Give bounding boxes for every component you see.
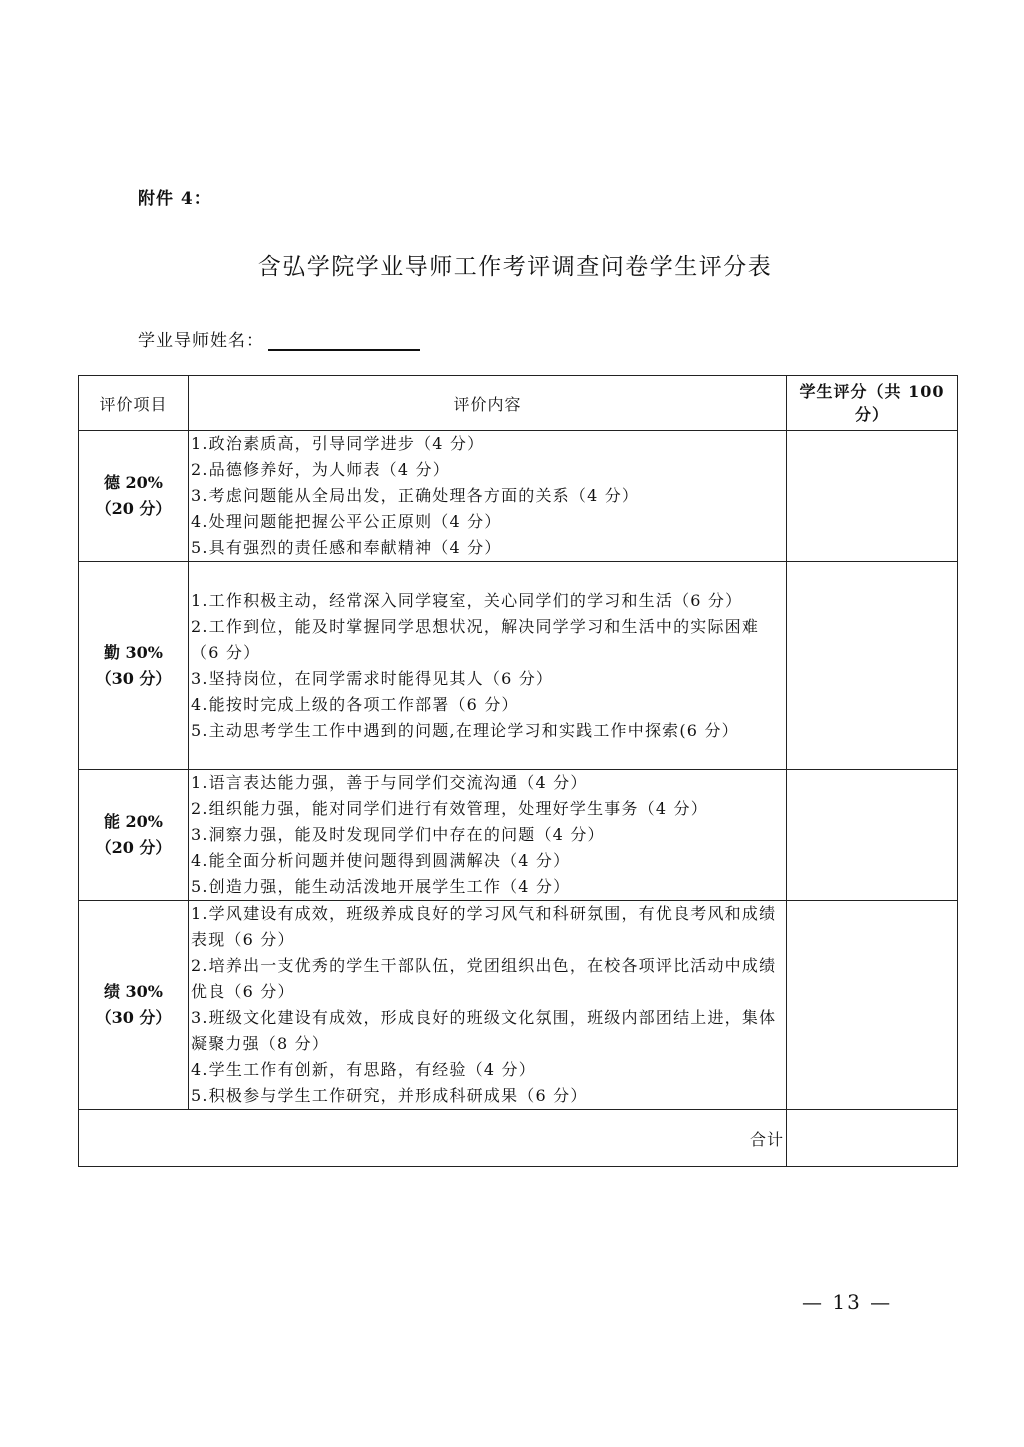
table-row: 勤 30% （30 分） 1.工作积极主动，经常深入同学寝室，关心同学们的学习和… [79,562,958,770]
criteria-item: 1.工作积极主动，经常深入同学寝室，关心同学们的学习和生活（6 分） [191,588,786,614]
category-cell: 能 20% （20 分） [79,770,189,901]
criteria-item: 3.考虑问题能从全局出发，正确处理各方面的关系（4 分） [191,483,786,509]
total-row: 合计 [79,1110,958,1167]
tutor-name-label: 学业导师姓名： [138,326,264,351]
score-cell[interactable] [787,770,958,901]
total-label: 合计 [79,1110,787,1167]
table-row: 能 20% （20 分） 1.语言表达能力强，善于与同学们交流沟通（4 分） 2… [79,770,958,901]
category-cell: 勤 30% （30 分） [79,562,189,770]
category-name: 德 20% [79,470,188,496]
table-row: 绩 30% （30 分） 1.学风建设有成效，班级养成良好的学习风气和科研氛围，… [79,901,958,1110]
criteria-item: 2.培养出一支优秀的学生干部队伍，党团组织出色，在校各项评比活动中成绩优良（6 … [191,953,786,1005]
criteria-item: 4.能全面分析问题并使问题得到圆满解决（4 分） [191,848,786,874]
page-number: — 13 — [802,1290,892,1314]
criteria-item: 3.坚持岗位，在同学需求时能得见其人（6 分） [191,666,786,692]
score-cell[interactable] [787,431,958,562]
tutor-name-field: 学业导师姓名： [138,326,420,351]
document-title: 含弘学院学业导师工作考评调查问卷学生评分表 [0,248,1024,281]
criteria-item: 5.积极参与学生工作研究，并形成科研成果（6 分） [191,1083,786,1109]
category-name: 能 20% [79,809,188,835]
category-points: （20 分） [79,496,188,522]
criteria-item: 2.组织能力强，能对同学们进行有效管理，处理好学生事务（4 分） [191,796,786,822]
category-points: （30 分） [79,666,188,692]
category-name: 绩 30% [79,979,188,1005]
criteria-item: 1.语言表达能力强，善于与同学们交流沟通（4 分） [191,770,786,796]
score-cell[interactable] [787,562,958,770]
attachment-label: 附件 4： [138,184,212,209]
criteria-item: 5.创造力强，能生动活泼地开展学生工作（4 分） [191,874,786,900]
content-cell: 1.语言表达能力强，善于与同学们交流沟通（4 分） 2.组织能力强，能对同学们进… [189,770,787,901]
evaluation-table: 评价项目 评价内容 学生评分（共 100 分） 德 20% （20 分） 1.政… [78,375,958,1167]
score-cell[interactable] [787,901,958,1110]
criteria-item: 4.处理问题能把握公平公正原则（4 分） [191,509,786,535]
criteria-item: 5.主动思考学生工作中遇到的问题,在理论学习和实践工作中探索(6 分） [191,718,786,744]
content-cell: 1.工作积极主动，经常深入同学寝室，关心同学们的学习和生活（6 分） 2.工作到… [189,562,787,770]
header-score: 学生评分（共 100 分） [787,376,958,431]
header-category: 评价项目 [79,376,189,431]
tutor-name-blank[interactable] [268,329,420,351]
criteria-item: 3.班级文化建设有成效，形成良好的班级文化氛围，班级内部团结上进，集体凝聚力强（… [191,1005,786,1057]
category-cell: 绩 30% （30 分） [79,901,189,1110]
criteria-item: 1.学风建设有成效，班级养成良好的学习风气和科研氛围，有优良考风和成绩表现（6 … [191,901,786,953]
criteria-item: 2.品德修养好，为人师表（4 分） [191,457,786,483]
category-points: （20 分） [79,835,188,861]
table-header-row: 评价项目 评价内容 学生评分（共 100 分） [79,376,958,431]
criteria-item: 5.具有强烈的责任感和奉献精神（4 分） [191,535,786,561]
category-name: 勤 30% [79,640,188,666]
criteria-item: 3.洞察力强，能及时发现同学们中存在的问题（4 分） [191,822,786,848]
header-content: 评价内容 [189,376,787,431]
criteria-item: 1.政治素质高，引导同学进步（4 分） [191,431,786,457]
category-cell: 德 20% （20 分） [79,431,189,562]
criteria-item: 4.学生工作有创新，有思路，有经验（4 分） [191,1057,786,1083]
criteria-item: 2.工作到位，能及时掌握同学思想状况，解决同学学习和生活中的实际困难（6 分） [191,614,786,666]
category-points: （30 分） [79,1005,188,1031]
content-cell: 1.学风建设有成效，班级养成良好的学习风气和科研氛围，有优良考风和成绩表现（6 … [189,901,787,1110]
criteria-item: 4.能按时完成上级的各项工作部署（6 分） [191,692,786,718]
content-cell: 1.政治素质高，引导同学进步（4 分） 2.品德修养好，为人师表（4 分） 3.… [189,431,787,562]
total-score-cell[interactable] [787,1110,958,1167]
table-row: 德 20% （20 分） 1.政治素质高，引导同学进步（4 分） 2.品德修养好… [79,431,958,562]
